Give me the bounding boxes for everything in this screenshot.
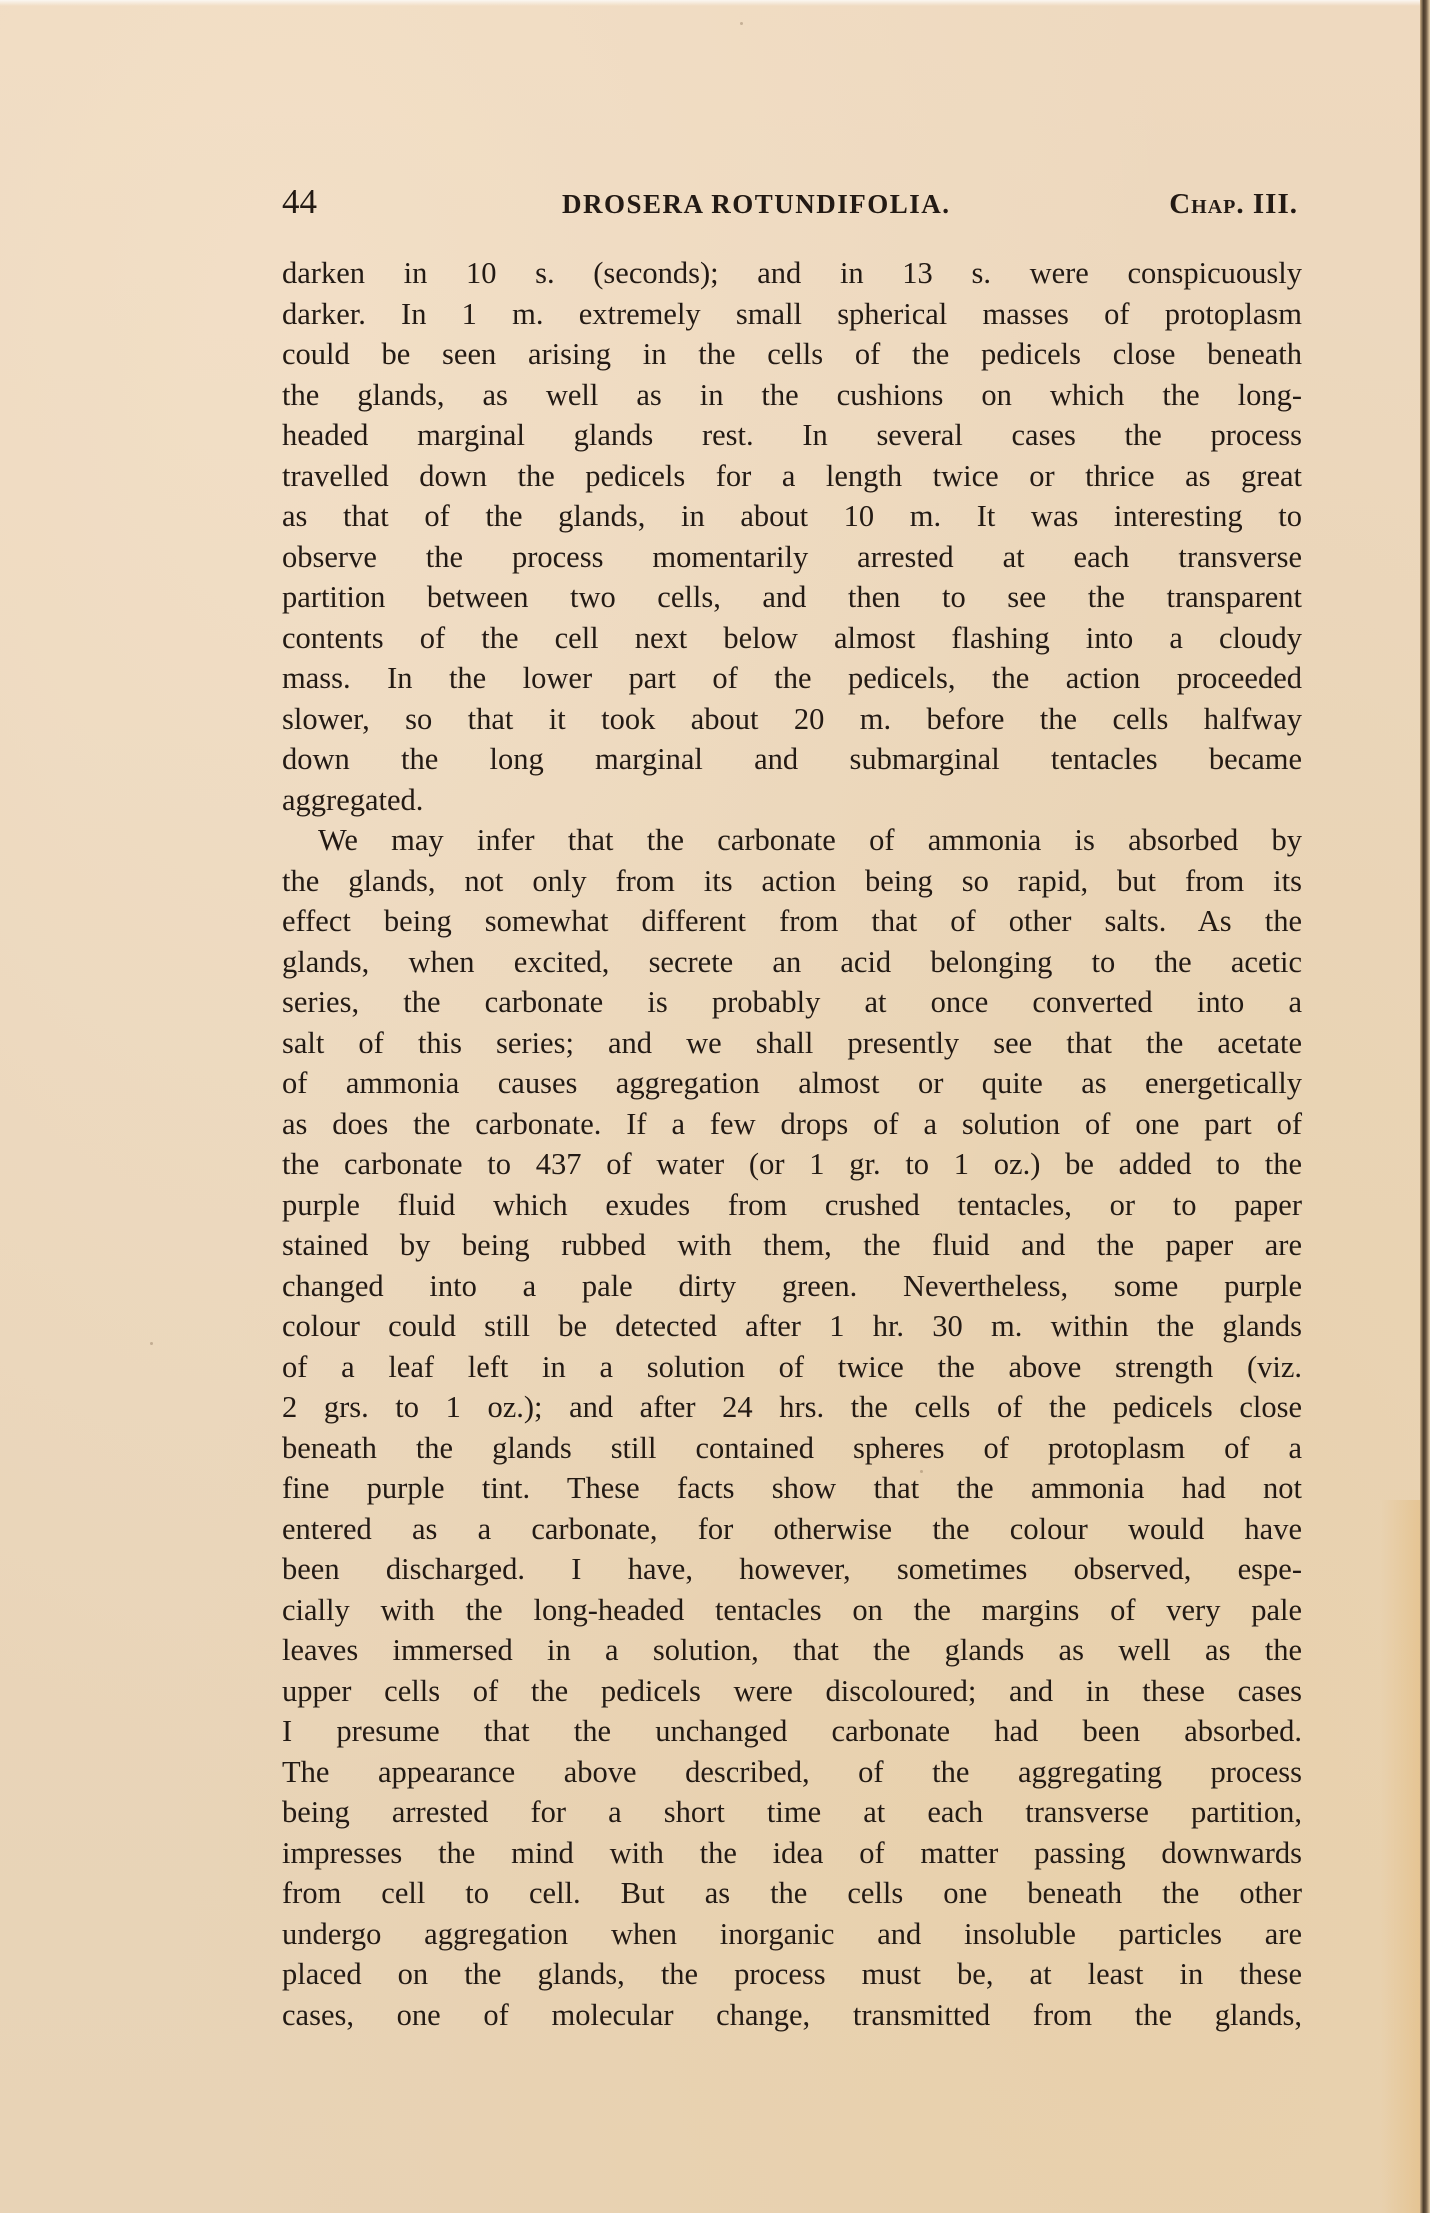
text-line: beneath the glands still contained spher… [282,1428,1302,1469]
text-line: observe the process momentarily arrested… [282,537,1302,578]
text-line: The appearance above described, of the a… [282,1752,1302,1793]
text-line: of ammonia causes aggregation almost or … [282,1063,1302,1104]
text-line: undergo aggregation when inorganic and i… [282,1914,1302,1955]
text-line: changed into a pale dirty green. Neverth… [282,1266,1302,1307]
text-line: darker. In 1 m. extremely small spherica… [282,294,1302,335]
text-line: being arrested for a short time at each … [282,1792,1302,1833]
text-line: contents of the cell next below almost f… [282,618,1302,659]
text-line: from cell to cell. But as the cells one … [282,1873,1302,1914]
page-top-edge [0,0,1430,6]
text-line: mass. In the lower part of the pedicels,… [282,658,1302,699]
text-line: as that of the glands, in about 10 m. It… [282,496,1302,537]
text-line: cially with the long-headed tentacles on… [282,1590,1302,1631]
text-line: of a leaf left in a solution of twice th… [282,1347,1302,1388]
book-page: 44 DROSERA ROTUNDIFOLIA. Chap. III. dark… [0,0,1430,2213]
text-line: cases, one of molecular change, transmit… [282,1995,1302,2036]
text-line: 2 grs. to 1 oz.); and after 24 hrs. the … [282,1387,1302,1428]
page-right-binding-edge [1420,0,1430,2213]
text-line: colour could still be detected after 1 h… [282,1306,1302,1347]
text-line: slower, so that it took about 20 m. befo… [282,699,1302,740]
text-line: headed marginal glands rest. In several … [282,415,1302,456]
text-line: impresses the mind with the idea of matt… [282,1833,1302,1874]
text-line: effect being somewhat different from tha… [282,901,1302,942]
running-title: DROSERA ROTUNDIFOLIA. [562,182,951,226]
text-line: leaves immersed in a solution, that the … [282,1630,1302,1671]
text-line: the glands, as well as in the cushions o… [282,375,1302,416]
body-text: darken in 10 s. (seconds); and in 13 s. … [282,253,1302,2035]
text-line: could be seen arising in the cells of th… [282,334,1302,375]
text-line: entered as a carbonate, for otherwise th… [282,1509,1302,1550]
text-line: down the long marginal and submarginal t… [282,739,1302,780]
text-line: placed on the glands, the process must b… [282,1954,1302,1995]
paper-speck [740,22,743,25]
text-line: darken in 10 s. (seconds); and in 13 s. … [282,253,1302,294]
text-line: salt of this series; and we shall presen… [282,1023,1302,1064]
text-line: the carbonate to 437 of water (or 1 gr. … [282,1144,1302,1185]
paper-speck [150,1342,153,1345]
text-line: series, the carbonate is probably at onc… [282,982,1302,1023]
text-line: glands, when excited, secrete an acid be… [282,942,1302,983]
text-line-paragraph-start: We may infer that the carbonate of ammon… [282,820,1302,861]
text-line: partition between two cells, and then to… [282,577,1302,618]
text-line: the glands, not only from its action bei… [282,861,1302,902]
text-line: travelled down the pedicels for a length… [282,456,1302,497]
text-line: I presume that the unchanged carbonate h… [282,1711,1302,1752]
page-number: 44 [282,180,317,224]
text-line: fine purple tint. These facts show that … [282,1468,1302,1509]
running-head: 44 DROSERA ROTUNDIFOLIA. Chap. III. [282,180,1302,224]
text-line: stained by being rubbed with them, the f… [282,1225,1302,1266]
text-line: purple fluid which exudes from crushed t… [282,1185,1302,1226]
page-edge-discoloration [1380,1500,1420,2213]
chapter-label: Chap. III. [1169,182,1298,226]
text-line: as does the carbonate. If a few drops of… [282,1104,1302,1145]
text-line: been discharged. I have, however, someti… [282,1549,1302,1590]
text-line-paragraph-end: aggregated. [282,780,1302,821]
text-line: upper cells of the pedicels were discolo… [282,1671,1302,1712]
